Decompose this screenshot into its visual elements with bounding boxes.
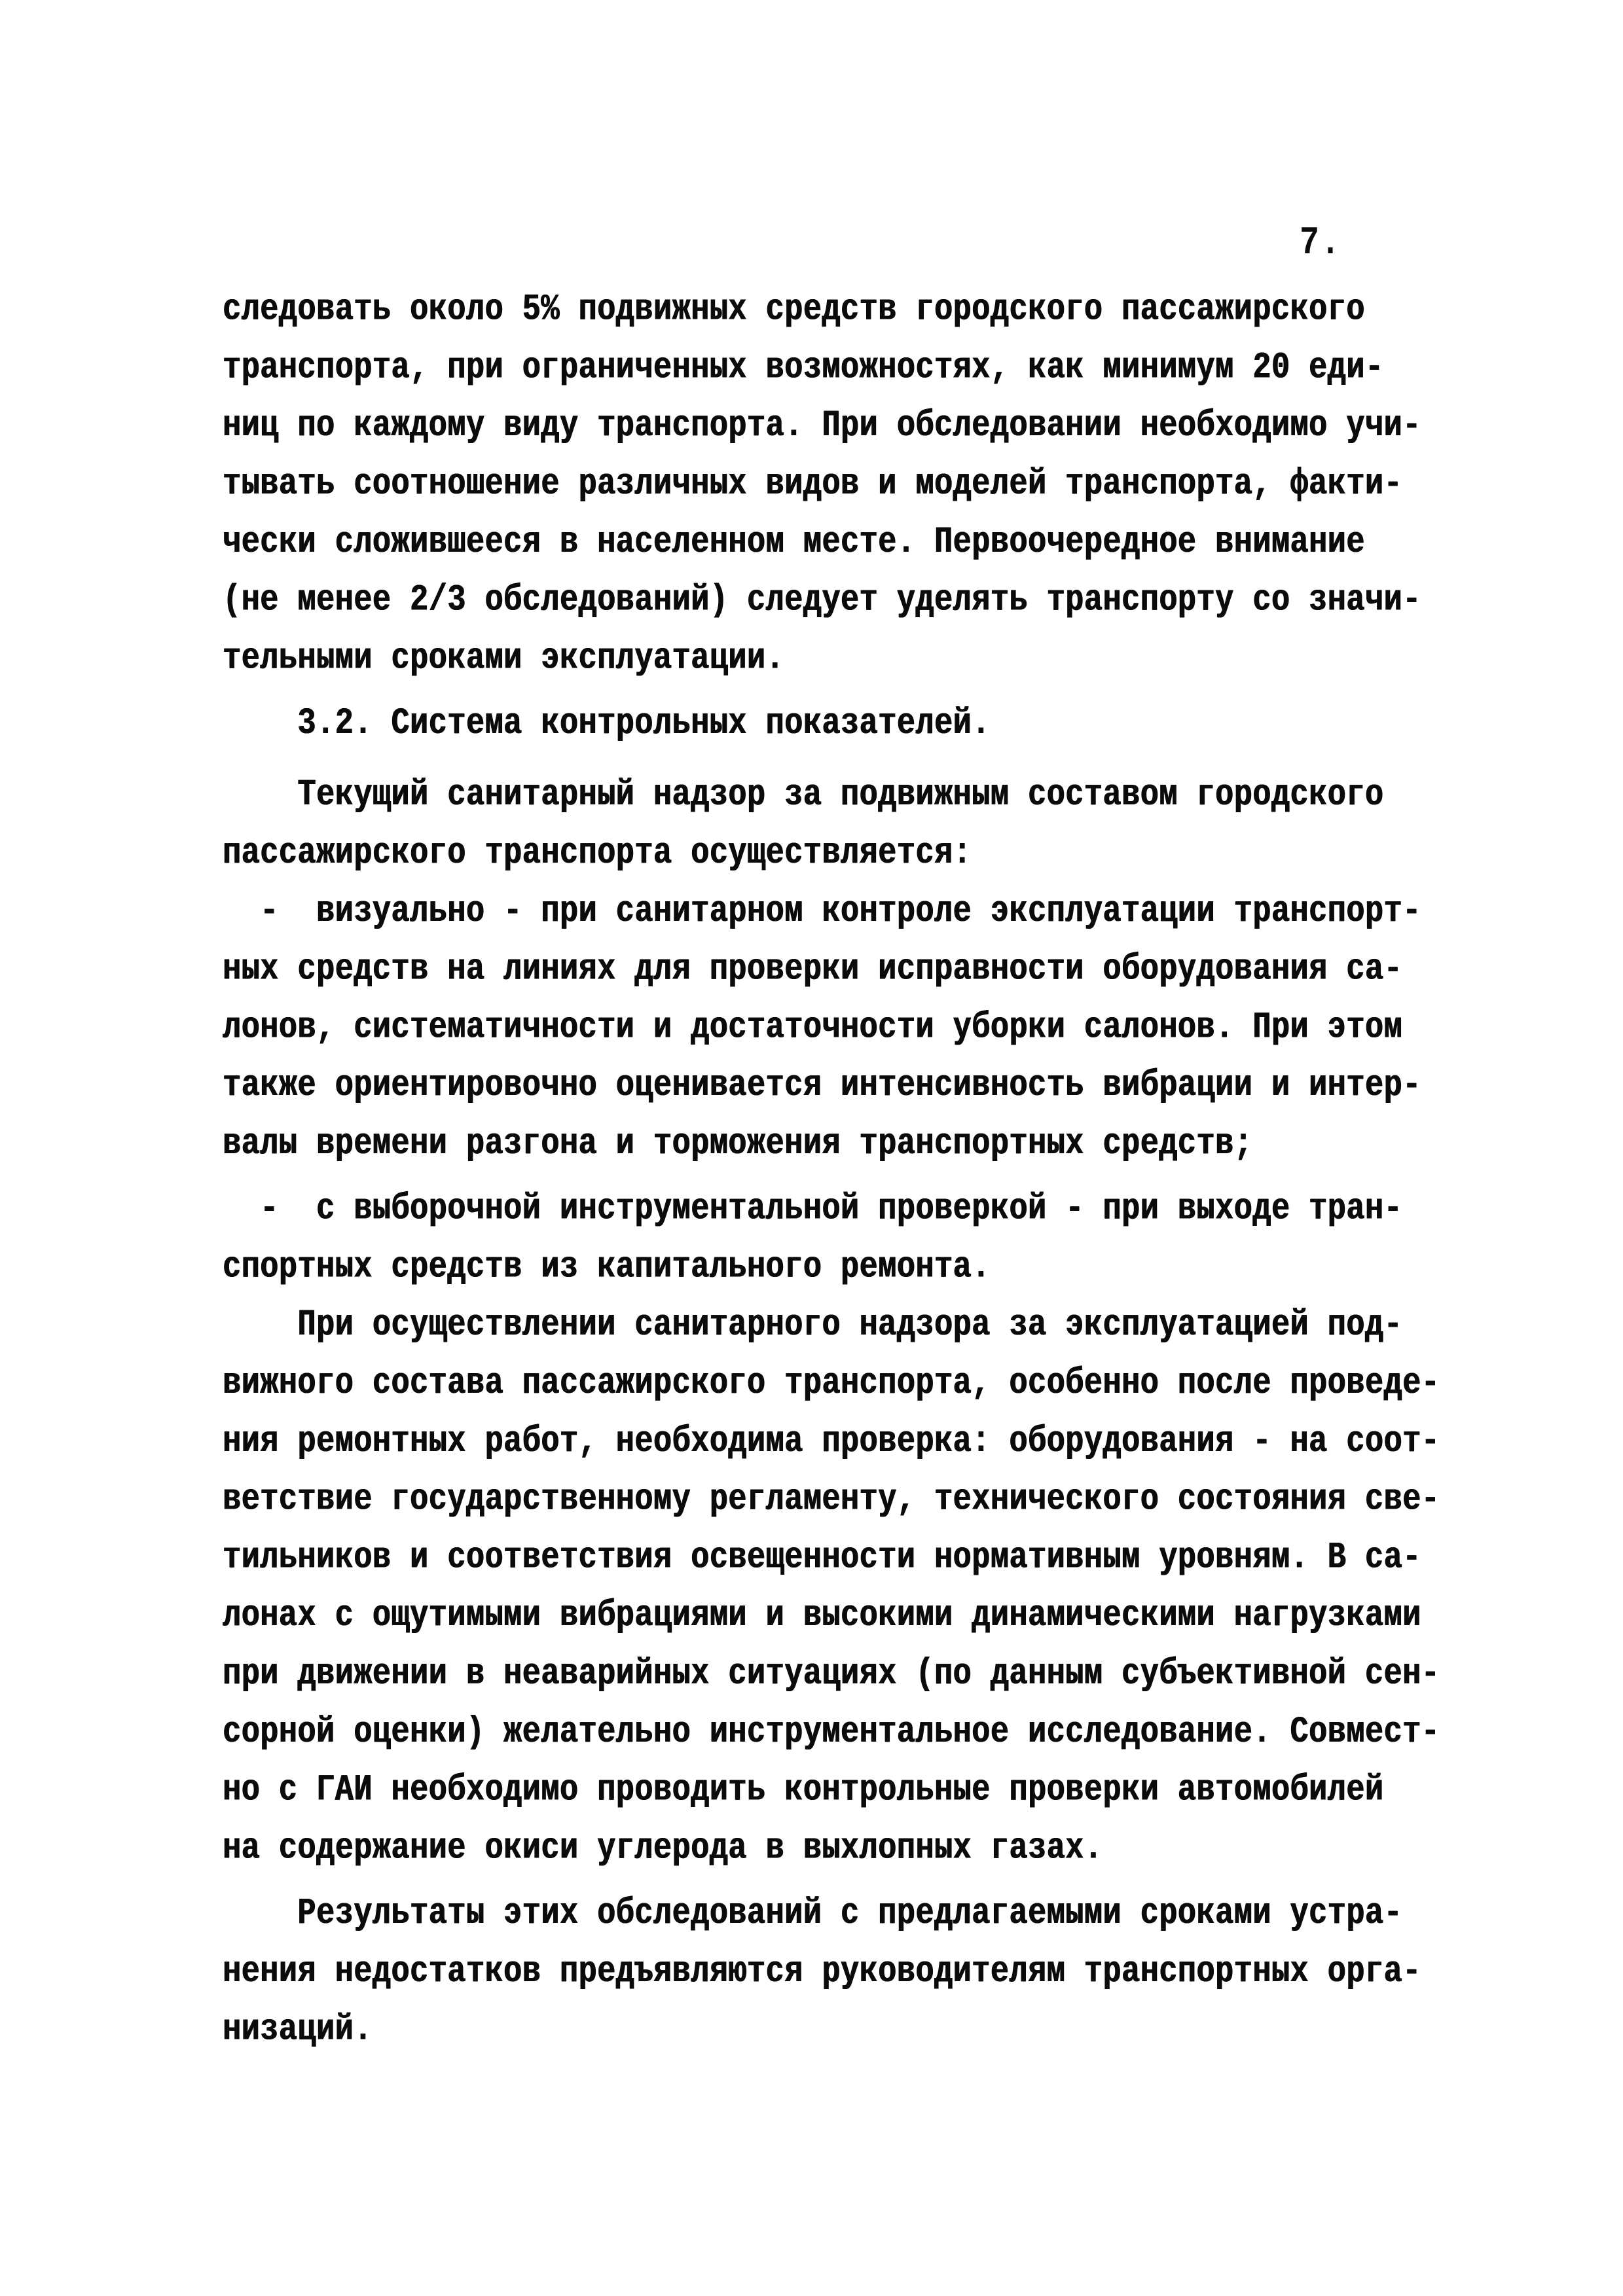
scanned-page: 7. следовать около 5% подвижных средств … bbox=[0, 0, 1623, 2296]
document-body: следовать около 5% подвижных средств гор… bbox=[223, 281, 1440, 2060]
paragraph-current-supervision: Текущий санитарный надзор за подвижным с… bbox=[223, 767, 1440, 884]
section-heading-3-2: 3.2. Система контрольных показателей. bbox=[223, 695, 1440, 753]
paragraph-survey-scope: следовать около 5% подвижных средств гор… bbox=[223, 281, 1440, 689]
page-number: 7. bbox=[1300, 221, 1341, 266]
list-item-instrumental-check: - с выборочной инструментальной проверко… bbox=[223, 1181, 1440, 1297]
paragraph-results-reporting: Результаты этих обследований с предлагае… bbox=[223, 1885, 1440, 2059]
paragraph-inspection-requirements: При осуществлении санитарного надзора за… bbox=[223, 1297, 1440, 1878]
list-item-visual-control: - визуально - при санитарном контроле эк… bbox=[223, 883, 1440, 1174]
